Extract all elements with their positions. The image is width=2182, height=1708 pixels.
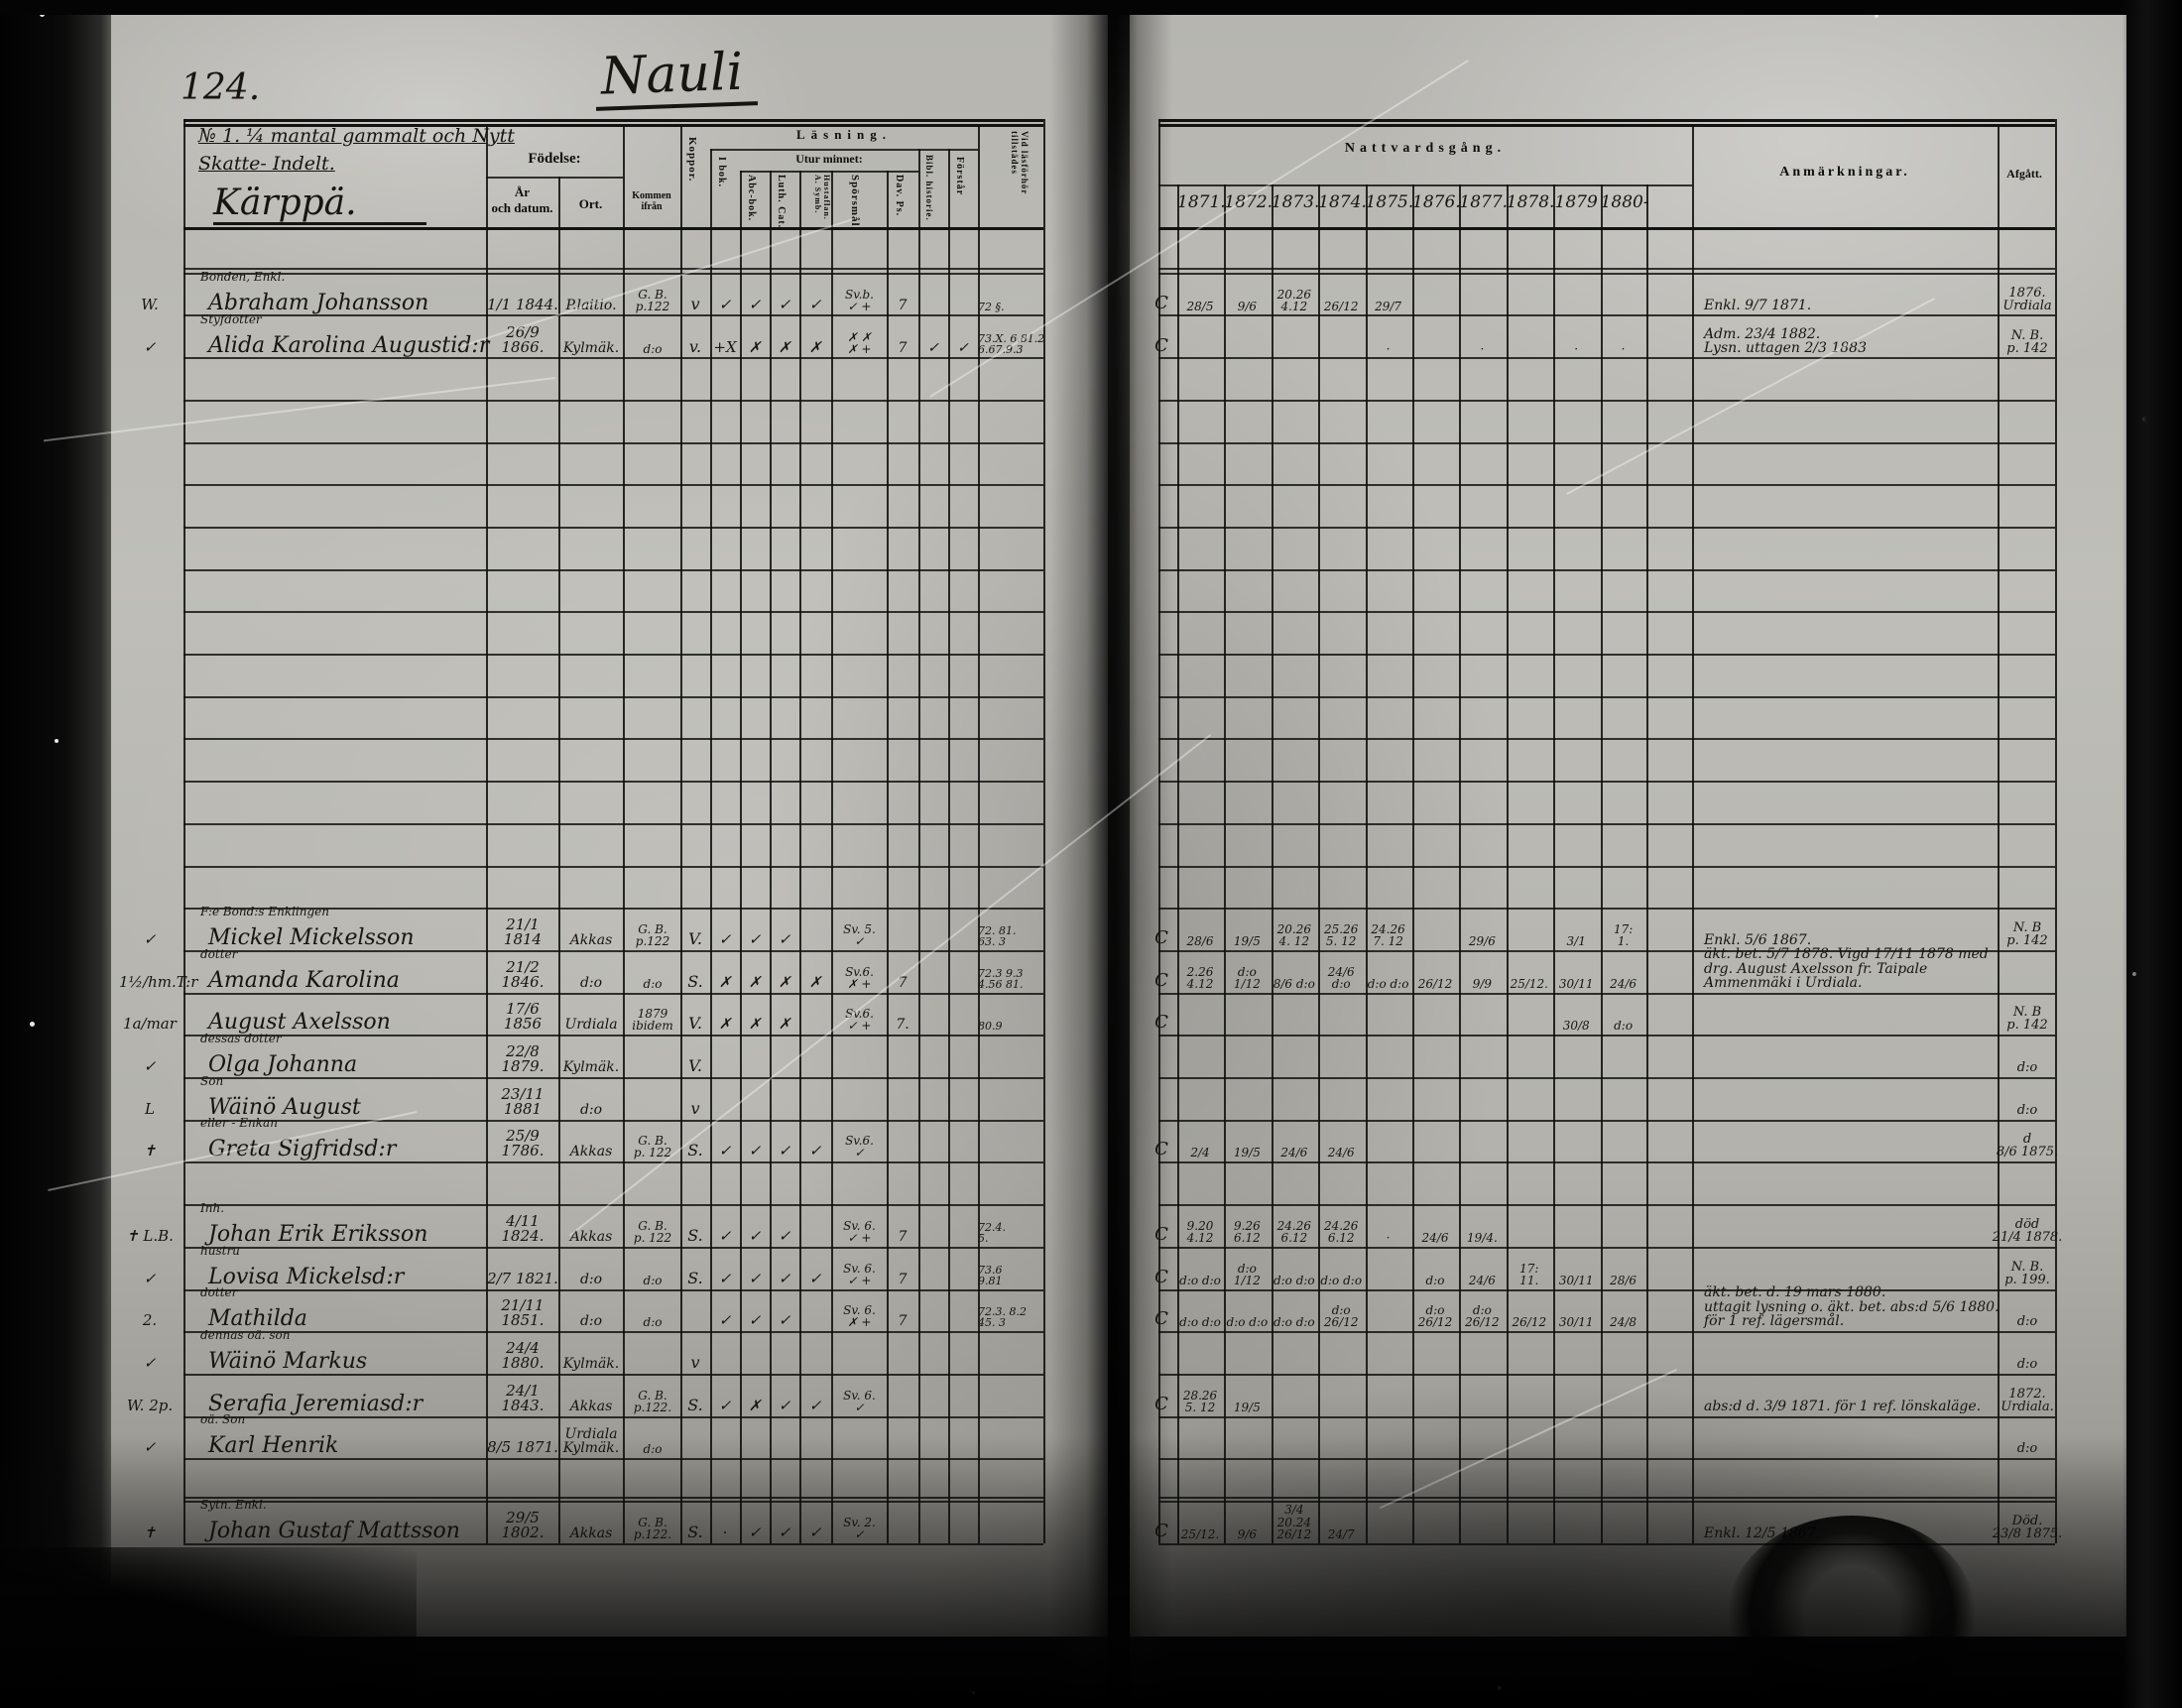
cell-year-1873: 8/6 d:o bbox=[1272, 978, 1317, 991]
cell-afg: N. B. p. 199. bbox=[1992, 1261, 2063, 1287]
cell-m0: ✓ bbox=[711, 932, 739, 948]
cell-afg: N. B p. 142 bbox=[1992, 1006, 2063, 1033]
grid-hline bbox=[183, 611, 1043, 613]
cell-m3: ✓ bbox=[800, 1272, 830, 1287]
cell-kopp: V. bbox=[681, 931, 709, 948]
cell-m3: ✗ bbox=[800, 340, 830, 356]
cell-c: C bbox=[1149, 295, 1174, 313]
cell-from: d:o bbox=[624, 1275, 681, 1287]
cell-m0: ✗ bbox=[711, 975, 739, 991]
cell-year-1877: 24/6 bbox=[1459, 1275, 1505, 1287]
cell-m1: ✗ bbox=[741, 1017, 769, 1033]
cell-spors: Sv. 5. ✓ bbox=[832, 923, 887, 948]
cell-m0: ✓ bbox=[711, 1229, 739, 1245]
cell-afg: d:o bbox=[1992, 1315, 2063, 1329]
cell-margin: 1½/hm.T:r bbox=[119, 975, 181, 991]
page-title: Nauli bbox=[594, 45, 758, 110]
cell-from: d:o bbox=[624, 1443, 681, 1456]
table-row: Inh.Johan Erik Eriksson✝ L.B.4/11 1824.A… bbox=[0, 1204, 2182, 1246]
cell-dav: 7 bbox=[888, 976, 917, 991]
cell-ort: Akkas bbox=[559, 1145, 623, 1159]
cell-afg: N. B. p. 142 bbox=[1992, 329, 2063, 356]
year-header-1879: 1879 bbox=[1553, 194, 1599, 212]
cell-year-1874: d:o d:o bbox=[1318, 1275, 1364, 1287]
cell-margin: ✓ bbox=[119, 932, 181, 948]
grid-hline bbox=[183, 484, 1043, 486]
cell-year-1872: d:o 1/12 bbox=[1224, 1263, 1270, 1287]
col-dav-ps: Dav. Ps. bbox=[894, 175, 905, 230]
cell-from: d:o bbox=[624, 343, 681, 356]
cell-afg: död 21/4 1878. bbox=[1992, 1218, 2063, 1245]
cell-dav: 7 bbox=[888, 341, 917, 356]
cell-year-1876: 26/12 bbox=[1412, 978, 1458, 991]
cell-m0: ✓ bbox=[711, 1399, 739, 1414]
cell-kopp: v bbox=[681, 1355, 709, 1372]
grid-hline bbox=[1158, 654, 2055, 656]
cell-from: G. B. p.122 bbox=[624, 923, 681, 948]
top-edge bbox=[0, 0, 2182, 15]
person-name: Mathilda bbox=[208, 1307, 307, 1330]
col-ar-och-datum: År och datum. bbox=[486, 184, 558, 216]
table-row: dotterAmanda Karolina1½/hm.T:r21/2 1846.… bbox=[0, 950, 2182, 992]
cell-afg: d:o bbox=[1992, 1104, 2063, 1118]
cell-year-1871: 28/5 bbox=[1177, 301, 1223, 313]
cell-m1: ✗ bbox=[741, 1399, 769, 1414]
grid-hline bbox=[183, 654, 1043, 656]
table-row: F:e Bond:s EnklingenMickel Mickelsson✓21… bbox=[0, 908, 2182, 949]
cell-m2: ✓ bbox=[771, 1229, 798, 1245]
cell-year-1871: 2/4 bbox=[1177, 1147, 1223, 1159]
cell-m2: ✓ bbox=[771, 298, 798, 313]
cell-margin: L bbox=[119, 1102, 181, 1118]
cell-bibl: ✓ bbox=[919, 341, 947, 356]
grid-hline bbox=[710, 149, 978, 151]
cell-kopp: V. bbox=[681, 1058, 709, 1075]
cell-year-1873: 24/6 bbox=[1272, 1147, 1317, 1159]
cell-from: d:o bbox=[624, 1316, 681, 1329]
relation-label: dotter bbox=[200, 1286, 237, 1299]
year-header-1877: 1877. bbox=[1459, 194, 1505, 212]
cell-margin: ✓ bbox=[119, 340, 181, 356]
cell-vid: 73.X. 6.81.2 6.67.9.3 bbox=[978, 333, 1047, 356]
cell-afg: 1872. Urdiala. bbox=[1992, 1388, 2063, 1414]
year-header-1874: 1874. bbox=[1318, 194, 1364, 212]
cell-year-1873: 20.26 4. 12 bbox=[1272, 923, 1317, 948]
cell-c: C bbox=[1149, 1269, 1174, 1287]
cell-margin: 1a/mar bbox=[119, 1017, 181, 1033]
relation-label: hustru bbox=[200, 1245, 240, 1258]
cell-m1: ✗ bbox=[741, 340, 769, 356]
year-header-1875: 1875. bbox=[1366, 194, 1411, 212]
cell-dav: 7 bbox=[888, 1273, 917, 1287]
cell-m2: ✓ bbox=[771, 1399, 798, 1414]
cell-m2: ✓ bbox=[771, 1313, 798, 1329]
cell-ort: Urdiala Kylmäk. bbox=[559, 1427, 623, 1456]
grid-hline bbox=[1158, 1458, 2055, 1460]
cell-date: 23/11 1881 bbox=[487, 1087, 558, 1119]
table-row: oä. SonKarl Henrik✓8/5 1871.Urdiala Kylm… bbox=[0, 1415, 2182, 1457]
col-bibl-historie: Bibl. historie. bbox=[924, 155, 934, 228]
cell-spors: Sv. 6. ✗ + bbox=[832, 1304, 887, 1329]
cell-dav: 7. bbox=[888, 1018, 917, 1033]
col-koppor: Koppor. bbox=[686, 137, 698, 228]
relation-label: F:e Bond:s Enklingen bbox=[200, 906, 329, 918]
cell-year-1874: 24.26 6.12 bbox=[1318, 1220, 1364, 1245]
relation-label: eller - Enkan bbox=[200, 1117, 278, 1130]
relation-label: dennas oä. son bbox=[200, 1329, 291, 1342]
cell-anm: Enkl. 9/7 1871. bbox=[1704, 299, 2001, 313]
cell-date: 2/7 1821. bbox=[487, 1272, 558, 1287]
cell-year-1879: 30/8 bbox=[1553, 1020, 1599, 1033]
cell-kopp: V. bbox=[681, 1016, 709, 1033]
cell-m1: ✓ bbox=[741, 1144, 769, 1159]
cell-year-1874: 24/6 d:o bbox=[1318, 966, 1364, 991]
cell-year-1880: 28/6 bbox=[1601, 1275, 1646, 1287]
cell-year-1872: d:o 1/12 bbox=[1224, 966, 1270, 991]
grid-hline bbox=[1158, 738, 2055, 740]
col-abc-bok: Abc-bok. bbox=[746, 175, 757, 230]
cell-year-1880: · bbox=[1601, 343, 1646, 356]
cell-vid: 72. 81. 63. 3 bbox=[978, 925, 1047, 948]
col-fodelse: Födelse: bbox=[486, 151, 623, 168]
cell-date: 24/4 1880. bbox=[487, 1341, 558, 1373]
cell-kopp: S. bbox=[681, 1398, 709, 1414]
grid-hline bbox=[1158, 119, 2055, 122]
relation-label: Sytn. Enkl. bbox=[200, 1499, 267, 1512]
cell-m0: +X bbox=[711, 340, 739, 356]
cell-year-1871: 28.26 5. 12 bbox=[1177, 1390, 1223, 1414]
cell-kopp: S. bbox=[681, 1143, 709, 1159]
grid-hline bbox=[1158, 823, 2055, 825]
cell-year-1880: 24/8 bbox=[1601, 1316, 1646, 1329]
table-row: August Axelsson1a/mar17/6 1856Urdiala187… bbox=[0, 992, 2182, 1034]
cell-m3: ✓ bbox=[800, 1144, 830, 1159]
grid-hline bbox=[1158, 1161, 2055, 1163]
grid-hline bbox=[183, 823, 1043, 825]
page-number: 124. bbox=[181, 69, 260, 107]
relation-label: oä. Son bbox=[200, 1413, 245, 1426]
col-nattvardsgang: Nattvardsgång. bbox=[1158, 141, 1692, 157]
table-row: SonWäinö AugustL23/11 1881d:ovd:o bbox=[0, 1077, 2182, 1119]
grid-hline bbox=[183, 569, 1043, 571]
cell-c: C bbox=[1149, 1523, 1174, 1541]
table-row: dennas oä. sonWäinö Markus✓24/4 1880.Kyl… bbox=[0, 1331, 2182, 1373]
table-row: Serafia Jeremiasd:rW. 2p.24/1 1843.Akkas… bbox=[0, 1374, 2182, 1415]
cell-m1: ✗ bbox=[741, 975, 769, 991]
cell-c: C bbox=[1149, 929, 1174, 948]
cell-margin: ✓ bbox=[119, 1440, 181, 1456]
grid-hline bbox=[486, 177, 623, 179]
relation-label: Bonden, Enkl. bbox=[200, 271, 285, 284]
cell-ort: Akkas bbox=[559, 933, 623, 948]
grid-hline bbox=[183, 227, 1043, 230]
relation-label: Son bbox=[200, 1075, 223, 1088]
cell-from: G. B. p.122. bbox=[624, 1390, 681, 1414]
cell-vid: 72.3. 8.2 45. 3 bbox=[978, 1306, 1047, 1329]
cell-year-1873: 24.26 6.12 bbox=[1272, 1220, 1317, 1245]
cell-date: 26/9 1866. bbox=[487, 325, 558, 357]
cell-kopp: S. bbox=[681, 1271, 709, 1287]
col-vid-lasforhor: Vid läsförhör tillstädes bbox=[992, 131, 1030, 228]
cell-afg: d:o bbox=[1992, 1061, 2063, 1075]
cell-date: 24/1 1843. bbox=[487, 1384, 558, 1415]
cell-c: C bbox=[1149, 1014, 1174, 1033]
cell-date: 1/1 1844. bbox=[487, 298, 558, 313]
cell-m2: ✗ bbox=[771, 1017, 798, 1033]
cell-afg: Död. 23/8 1875. bbox=[1992, 1515, 2063, 1541]
cell-year-1877: d:o 26/12 bbox=[1459, 1304, 1505, 1329]
cell-year-1874: 24/6 bbox=[1318, 1147, 1364, 1159]
dust-speck bbox=[972, 1691, 975, 1694]
cell-year-1875: 29/7 bbox=[1366, 301, 1411, 313]
cell-year-1877: · bbox=[1459, 343, 1505, 356]
cell-year-1879: 3/1 bbox=[1553, 935, 1599, 948]
cell-vid: 72.4. 5. bbox=[978, 1222, 1047, 1245]
cell-forstar: ✓ bbox=[949, 341, 977, 356]
cell-year-1879: 30/11 bbox=[1553, 1275, 1599, 1287]
cell-year-1872: 19/5 bbox=[1224, 1147, 1270, 1159]
year-header-1871: 1871. bbox=[1177, 194, 1223, 212]
person-name: Mickel Mickelsson bbox=[208, 926, 415, 949]
grid-hline bbox=[1158, 442, 2055, 444]
col-lasning: Läsning. bbox=[710, 127, 978, 143]
col-forstar: Förstår bbox=[954, 157, 965, 228]
cell-ort: d:o bbox=[559, 1103, 623, 1118]
cell-m0: ✓ bbox=[711, 1313, 739, 1329]
cell-year-1871: 9.20 4.12 bbox=[1177, 1220, 1223, 1245]
cell-dav: 7 bbox=[888, 1230, 917, 1245]
grid-hline bbox=[1158, 781, 2055, 783]
cell-vid: 80.9 bbox=[978, 1021, 1047, 1033]
cell-c: C bbox=[1149, 1310, 1174, 1329]
person-name: Olga Johanna bbox=[208, 1053, 357, 1076]
col-hustaflan-symb: Hustaflan. A. Symb. bbox=[803, 175, 831, 230]
cell-m3: ✓ bbox=[800, 298, 830, 313]
table-row: dotterMathilda2.21/11 1851.d:od:o✓✓✓Sv. … bbox=[0, 1288, 2182, 1330]
grid-hline bbox=[1158, 696, 2055, 698]
year-header-1880: 1880- bbox=[1601, 194, 1646, 212]
relation-label: Inh. bbox=[200, 1202, 224, 1215]
grid-hline bbox=[1158, 484, 2055, 486]
cell-year-1871: 25/12. bbox=[1177, 1528, 1223, 1541]
grid-hline bbox=[1158, 124, 2055, 127]
cell-spors: ✗ ✗ ✗ + bbox=[832, 331, 887, 356]
cell-m0: ✓ bbox=[711, 298, 739, 313]
grid-hline bbox=[740, 171, 918, 173]
grid-hline bbox=[1158, 268, 2055, 270]
cell-year-1874: d:o 26/12 bbox=[1318, 1304, 1364, 1329]
cell-afg: d 8/6 1875. bbox=[1992, 1133, 2063, 1159]
year-header-1876: 1876. bbox=[1412, 194, 1458, 212]
table-row: dessas dotterOlga Johanna✓22/8 1879.Kylm… bbox=[0, 1035, 2182, 1076]
cell-c: C bbox=[1149, 972, 1174, 991]
cell-year-1872: 9.26 6.12 bbox=[1224, 1220, 1270, 1245]
cell-ort: Kylmäk. bbox=[559, 1060, 623, 1075]
cell-spors: Sv. 6. ✓ + bbox=[832, 1220, 887, 1245]
table-row: eller - EnkanGreta Sigfridsd:r✝25/9 1786… bbox=[0, 1119, 2182, 1160]
cell-year-1875: · bbox=[1366, 343, 1411, 356]
cell-year-1872: 19/5 bbox=[1224, 1402, 1270, 1414]
cell-ort: Akkas bbox=[559, 1230, 623, 1245]
cell-date: 29/5 1802. bbox=[487, 1511, 558, 1542]
cell-year-1873: 3/4 20.24 26/12 bbox=[1272, 1504, 1317, 1541]
cell-date: 25/9 1786. bbox=[487, 1129, 558, 1160]
cell-vid: 73.6 9.81 bbox=[978, 1265, 1047, 1287]
cell-year-1880: d:o bbox=[1601, 1020, 1646, 1033]
cell-year-1877: 19/4. bbox=[1459, 1232, 1505, 1245]
cell-m0: ✗ bbox=[711, 1017, 739, 1033]
col-luth-cat: Luth. Cat. bbox=[776, 175, 787, 230]
cell-date: 4/11 1824. bbox=[487, 1214, 558, 1246]
grid-hline bbox=[1158, 611, 2055, 613]
cell-dav: 7 bbox=[888, 1314, 917, 1329]
person-name: Abraham Johansson bbox=[208, 292, 428, 314]
cell-date: 21/1 1814 bbox=[487, 917, 558, 949]
cell-margin: ✝ bbox=[119, 1525, 181, 1541]
cell-anm: äkt. bet. 5/7 1878. Vigd 17/11 1878 med … bbox=[1704, 947, 2001, 991]
cell-year-1878: 26/12 bbox=[1507, 1316, 1552, 1329]
ink-blot bbox=[1728, 1516, 1976, 1708]
cell-anm: Adm. 23/4 1882. Lysn. uttagen 2/3 1883 bbox=[1704, 327, 2001, 356]
cell-year-1874: 24/7 bbox=[1318, 1528, 1364, 1541]
cell-date: 22/8 1879. bbox=[487, 1044, 558, 1076]
cell-year-1873: 20.26 4.12 bbox=[1272, 289, 1317, 313]
cell-year-1876: d:o 26/12 bbox=[1412, 1304, 1458, 1329]
cell-afg: d:o bbox=[1992, 1358, 2063, 1372]
grid-hline bbox=[1158, 569, 2055, 571]
grid-hline bbox=[1158, 1497, 2055, 1499]
cell-margin: W. bbox=[119, 298, 181, 313]
grid-hline bbox=[183, 781, 1043, 783]
cell-year-1875: d:o d:o bbox=[1366, 978, 1411, 991]
cell-year-1871: d:o d:o bbox=[1177, 1275, 1223, 1287]
cell-m0: ✓ bbox=[711, 1272, 739, 1287]
cell-year-1880: 24/6 bbox=[1601, 978, 1646, 991]
cell-afg: N. B p. 142 bbox=[1992, 921, 2063, 948]
cell-margin: 2. bbox=[119, 1313, 181, 1329]
cell-margin: ✓ bbox=[119, 1272, 181, 1287]
cell-date: 17/6 1856 bbox=[487, 1002, 558, 1034]
cell-kopp: v bbox=[681, 1101, 709, 1118]
col-i-bok: I bok. bbox=[716, 157, 727, 228]
grid-hline bbox=[1158, 400, 2055, 402]
cell-year-1880: 17: 1. bbox=[1601, 923, 1646, 948]
dust-speck bbox=[1498, 1686, 1502, 1690]
cell-year-1878: 25/12. bbox=[1507, 978, 1552, 991]
cell-vid: 72.3 9.3 4.56 81. bbox=[978, 968, 1047, 991]
cell-anm: abs:d d. 3/9 1871. för 1 ref. lönskaläge… bbox=[1704, 1400, 2001, 1414]
cell-spors: Sv.6. ✗ + bbox=[832, 966, 887, 991]
table-row: hustruLovisa Mickelsd:r✓2/7 1821.d:od:oS… bbox=[0, 1247, 2182, 1288]
cell-m1: ✓ bbox=[741, 298, 769, 313]
person-name: Lovisa Mickelsd:r bbox=[208, 1266, 404, 1288]
year-header-1873: 1873. bbox=[1272, 194, 1317, 212]
cell-year-1876: 24/6 bbox=[1412, 1232, 1458, 1245]
cell-kopp: S. bbox=[681, 974, 709, 991]
table-row: StyfdotterAlida Karolina Augustid:r✓26/9… bbox=[0, 315, 2182, 357]
col-afgatt: Afgått. bbox=[1994, 167, 2055, 182]
cell-ort: P.laitio. bbox=[559, 299, 623, 313]
cell-m2: ✗ bbox=[771, 340, 798, 356]
cell-ort: Akkas bbox=[559, 1400, 623, 1414]
col-ort: Ort. bbox=[558, 196, 623, 212]
cell-margin: ✓ bbox=[119, 1059, 181, 1075]
cell-afg: 1876. Urdiala bbox=[1992, 287, 2063, 313]
cell-m2: ✓ bbox=[771, 1144, 798, 1159]
cell-ort: Kylmäk. bbox=[559, 1357, 623, 1372]
person-name: Amanda Karolina bbox=[208, 969, 400, 992]
cell-from: G. B. p. 122 bbox=[624, 1220, 681, 1245]
cell-from: G. B. p.122. bbox=[624, 1517, 681, 1541]
cell-year-1879: 30/11 bbox=[1553, 1316, 1599, 1329]
col-sporsmal: Spörsmål. bbox=[849, 175, 861, 230]
cell-year-1872: d:o d:o bbox=[1224, 1316, 1270, 1329]
cell-from: G. B. p.122 bbox=[624, 289, 681, 313]
grid-hline bbox=[183, 696, 1043, 698]
cell-ort: Urdiala bbox=[559, 1018, 623, 1033]
cell-vid: 72 §. bbox=[978, 302, 1047, 313]
cell-year-1873: d:o d:o bbox=[1272, 1275, 1317, 1287]
cell-kopp: S. bbox=[681, 1228, 709, 1245]
cell-m3: ✗ bbox=[800, 975, 830, 991]
cell-year-1871: 2.26 4.12 bbox=[1177, 966, 1223, 991]
person-name: Wäinö Markus bbox=[208, 1350, 367, 1373]
col-kommen-ifran: Kommen ifrån bbox=[621, 190, 682, 212]
cell-date: 21/11 1851. bbox=[487, 1298, 558, 1330]
grid-hline bbox=[183, 866, 1043, 868]
cell-m1: ✓ bbox=[741, 1272, 769, 1287]
household-line1: № 1. ¼ mantal gammalt och Nytt bbox=[198, 127, 515, 147]
grid-hline bbox=[1158, 866, 2055, 868]
cell-m0: ✓ bbox=[711, 1144, 739, 1159]
cell-year-1874: 26/12 bbox=[1318, 301, 1364, 313]
cell-year-1878: 17: 11. bbox=[1507, 1263, 1552, 1287]
cell-c: C bbox=[1149, 1141, 1174, 1159]
cell-year-1875: 24.26 7. 12 bbox=[1366, 923, 1411, 948]
cell-from: d:o bbox=[624, 978, 681, 991]
cell-m2: ✗ bbox=[771, 975, 798, 991]
cell-year-1876: d:o bbox=[1412, 1275, 1458, 1287]
cell-kopp: v bbox=[681, 297, 709, 313]
grid-hline bbox=[183, 442, 1043, 444]
cell-from: G. B. p. 122 bbox=[624, 1135, 681, 1159]
dark-corner bbox=[0, 1547, 417, 1708]
cell-m1: ✓ bbox=[741, 932, 769, 948]
person-name: August Axelsson bbox=[208, 1011, 391, 1034]
cell-m3: ✓ bbox=[800, 1525, 830, 1541]
person-name: Karl Henrik bbox=[208, 1434, 338, 1457]
cell-spors: Sv. 2. ✓ bbox=[832, 1517, 887, 1541]
person-name: Alida Karolina Augustid:r bbox=[208, 334, 489, 357]
grid-hline bbox=[1158, 357, 2055, 359]
cell-kopp: S. bbox=[681, 1525, 709, 1541]
cell-afg: d:o bbox=[1992, 1442, 2063, 1456]
cell-year-1877: 29/6 bbox=[1459, 935, 1505, 948]
cell-spors: Sv. 6. ✓ + bbox=[832, 1263, 887, 1287]
cell-dav: 7 bbox=[888, 299, 917, 313]
grid-hline bbox=[1158, 184, 1692, 186]
cell-m2: ✓ bbox=[771, 1272, 798, 1287]
cell-m1: ✓ bbox=[741, 1313, 769, 1329]
cell-c: C bbox=[1149, 1226, 1174, 1245]
cell-ort: Akkas bbox=[559, 1526, 623, 1541]
cell-year-1874: 25.26 5. 12 bbox=[1318, 923, 1364, 948]
scanned-book-page: 124. Nauli № 1. ¼ mantal gammalt och Nyt… bbox=[0, 0, 2182, 1708]
cell-year-1879: 30/11 bbox=[1553, 978, 1599, 991]
col-anmarkningar: Anmärkningar. bbox=[1692, 165, 1998, 181]
household-name: Kärppä. bbox=[213, 184, 426, 225]
cell-spors: Sv.6. ✓ + bbox=[832, 1008, 887, 1033]
